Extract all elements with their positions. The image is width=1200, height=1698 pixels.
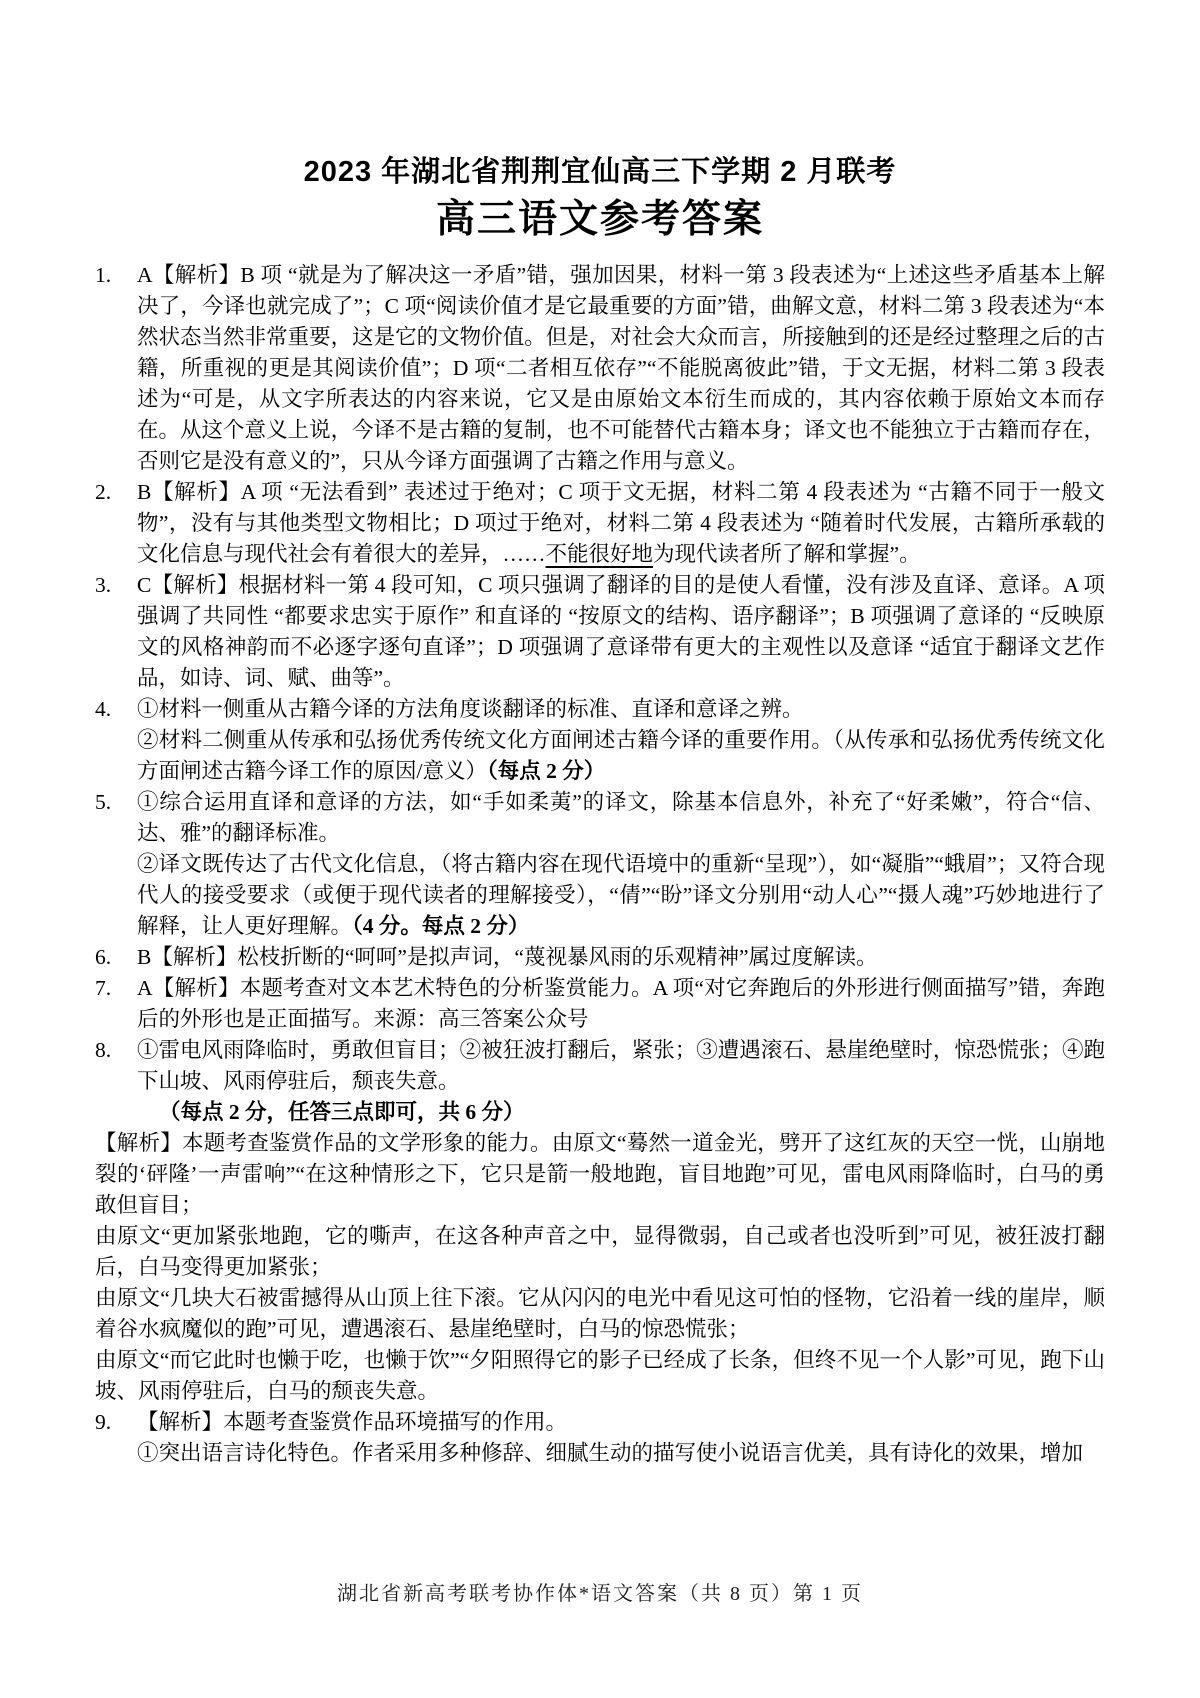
answer-number-8: 8. <box>95 1035 137 1066</box>
answer-text-1: A【解析】B 项 “就是为了解决这一矛盾”错，强加因果，材料一第 3 段表述为“… <box>137 260 1105 477</box>
answer-body-2: B【解析】A 项 “无法看到” 表述过于绝对；C 项于文无据，材料二第 4 段表… <box>137 477 1105 570</box>
answer-text-7: A【解析】本题考查对文本艺术特色的分析鉴赏能力。A 项“对它奔跑后的外形进行侧面… <box>137 973 1105 1035</box>
answer-number-1: 1. <box>95 260 137 291</box>
answer-5-point-2: ②译文既传达了古代文化信息，（将古籍内容在现代语境中的重新“呈现”），如“凝脂”… <box>137 849 1105 942</box>
page-footer: 湖北省新高考联考协作体*语文答案（共 8 页）第 1 页 <box>0 1577 1200 1606</box>
answer-8-score-note: （每点 2 分，任答三点即可，共 6 分） <box>137 1097 1105 1128</box>
answer-item-8: 8. ①雷电风雨降临时，勇敢但盲目；②被狂波打翻后，紧张；③遭遇滚石、悬崖绝壁时… <box>95 1035 1105 1128</box>
answer-item-5: 5. ①综合运用直译和意译的方法，如“手如柔荑”的译文，除基本信息外，补充了“好… <box>95 787 1105 942</box>
answer-number-6: 6. <box>95 942 137 973</box>
answer-body-8: ①雷电风雨降临时，勇敢但盲目；②被狂波打翻后，紧张；③遭遇滚石、悬崖绝壁时，惊恐… <box>137 1035 1105 1128</box>
answer-body-7: A【解析】本题考查对文本艺术特色的分析鉴赏能力。A 项“对它奔跑后的外形进行侧面… <box>137 973 1105 1035</box>
answer-body-1: A【解析】B 项 “就是为了解决这一矛盾”错，强加因果，材料一第 3 段表述为“… <box>137 260 1105 477</box>
answer-text-8: ①雷电风雨降临时，勇敢但盲目；②被狂波打翻后，紧张；③遭遇滚石、悬崖绝壁时，惊恐… <box>137 1035 1105 1097</box>
answer-number-2: 2. <box>95 477 137 508</box>
answer-item-4: 4. ①材料一侧重从古籍今译的方法角度谈翻译的标准、直译和意译之辨。 ②材料二侧… <box>95 694 1105 787</box>
answer-number-5: 5. <box>95 787 137 818</box>
answer-body-9: 【解析】本题考查鉴赏作品环境描写的作用。 ①突出语言诗化特色。作者采用多种修辞、… <box>137 1407 1105 1469</box>
answer-body-5: ①综合运用直译和意译的方法，如“手如柔荑”的译文，除基本信息外，补充了“好柔嫩”… <box>137 787 1105 942</box>
answer-item-9: 9. 【解析】本题考查鉴赏作品环境描写的作用。 ①突出语言诗化特色。作者采用多种… <box>95 1407 1105 1469</box>
answer-9-point-1: ①突出语言诗化特色。作者采用多种修辞、细腻生动的描写使小说语言优美，具有诗化的效… <box>137 1438 1105 1469</box>
answer-text-3: C【解析】根据材料一第 4 段可知，C 项只强调了翻译的目的是使人看懂，没有涉及… <box>137 570 1105 694</box>
answer-number-4: 4. <box>95 694 137 725</box>
answer-4-point-2: ②材料二侧重从传承和弘扬优秀传统文化方面闸述古籍今译的重要作用。（从传承和弘扬优… <box>137 725 1105 787</box>
answer-5-point-2-text: ②译文既传达了古代文化信息，（将古籍内容在现代语境中的重新“呈现”），如“凝脂”… <box>137 852 1105 938</box>
answer-9-analysis-line: 【解析】本题考查鉴赏作品环境描写的作用。 <box>137 1407 1105 1438</box>
answer-8-analysis-paragraph-4: 由原文“而它此时也懒于吃，也懒于饮”“夕阳照得它的影子已经成了长条，但终不见一个… <box>95 1345 1105 1407</box>
answer-item-2: 2. B【解析】A 项 “无法看到” 表述过于绝对；C 项于文无据，材料二第 4… <box>95 477 1105 570</box>
answer-4-point-2-text: ②材料二侧重从传承和弘扬优秀传统文化方面闸述古籍今译的重要作用。（从传承和弘扬优… <box>137 728 1105 783</box>
answer-8-analysis-paragraph-2: 由原文“更加紧张地跑，它的嘶声，在这各种声音之中，显得微弱，自己或者也没听到”可… <box>95 1221 1105 1283</box>
answer-8-analysis-paragraph-3: 由原文“几块大石被雷撼得从山顶上往下滚。它从闪闪的电光中看见这可怕的怪物，它沿着… <box>95 1283 1105 1345</box>
answer-item-7: 7. A【解析】本题考查对文本艺术特色的分析鉴赏能力。A 项“对它奔跑后的外形进… <box>95 973 1105 1035</box>
answer-4-point-1: ①材料一侧重从古籍今译的方法角度谈翻译的标准、直译和意译之辨。 <box>137 694 1105 725</box>
document-page: 2023 年湖北省荆荆宜仙高三下学期 2 月联考 高三语文参考答案 1. A【解… <box>0 0 1200 1698</box>
answer-number-3: 3. <box>95 570 137 601</box>
answer-2-underlined-phrase: 不能很好地 <box>546 542 654 566</box>
answers-list: 1. A【解析】B 项 “就是为了解决这一矛盾”错，强加因果，材料一第 3 段表… <box>95 260 1105 1469</box>
answer-5-score-note: （4 分。每点 2 分） <box>352 914 529 938</box>
page-subtitle: 高三语文参考答案 <box>95 196 1105 244</box>
answer-body-6: B【解析】松枝折断的“呵呵”是拟声词，“蔑视暴风雨的乐观精神”属过度解读。 <box>137 942 1105 973</box>
answer-number-9: 9. <box>95 1407 137 1438</box>
answer-item-1: 1. A【解析】B 项 “就是为了解决这一矛盾”错，强加因果，材料一第 3 段表… <box>95 260 1105 477</box>
answer-4-score-note: （每点 2 分） <box>487 759 605 783</box>
answer-body-3: C【解析】根据材料一第 4 段可知，C 项只强调了翻译的目的是使人看懂，没有涉及… <box>137 570 1105 694</box>
answer-2-segment-after: 为现代读者所了解和掌握”。 <box>653 542 921 566</box>
answer-text-6: B【解析】松枝折断的“呵呵”是拟声词，“蔑视暴风雨的乐观精神”属过度解读。 <box>137 942 1105 973</box>
document-content: 2023 年湖北省荆荆宜仙高三下学期 2 月联考 高三语文参考答案 1. A【解… <box>0 152 1200 1469</box>
answer-8-analysis-paragraph-1: 【解析】本题考查鉴赏作品的文学形象的能力。由原文“蓦然一道金光，劈开了这红灰的天… <box>95 1128 1105 1221</box>
answer-item-6: 6. B【解析】松枝折断的“呵呵”是拟声词，“蔑视暴风雨的乐观精神”属过度解读。 <box>95 942 1105 973</box>
answer-item-3: 3. C【解析】根据材料一第 4 段可知，C 项只强调了翻译的目的是使人看懂，没… <box>95 570 1105 694</box>
answer-5-point-1: ①综合运用直译和意译的方法，如“手如柔荑”的译文，除基本信息外，补充了“好柔嫩”… <box>137 787 1105 849</box>
answer-body-4: ①材料一侧重从古籍今译的方法角度谈翻译的标准、直译和意译之辨。 ②材料二侧重从传… <box>137 694 1105 787</box>
answer-text-2: B【解析】A 项 “无法看到” 表述过于绝对；C 项于文无据，材料二第 4 段表… <box>137 477 1105 570</box>
answer-number-7: 7. <box>95 973 137 1004</box>
page-title: 2023 年湖北省荆荆宜仙高三下学期 2 月联考 <box>95 152 1105 192</box>
